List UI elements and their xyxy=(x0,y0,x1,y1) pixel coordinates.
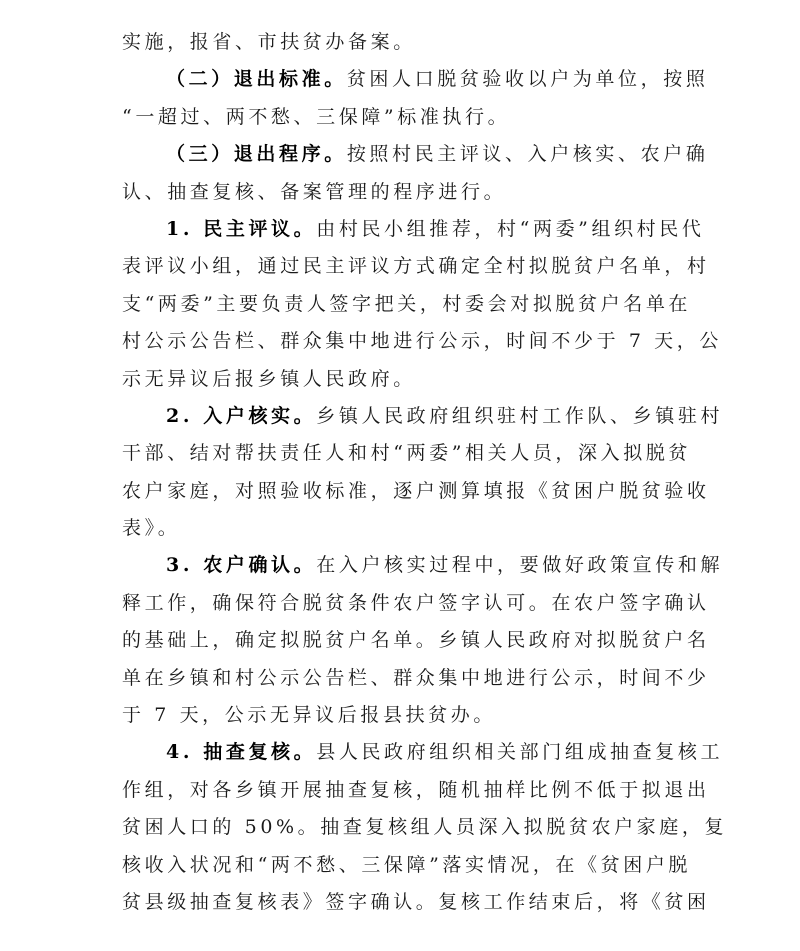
body-text: 表评议小组，通过民主评议方式确定全村拟脱贫户名单，村 xyxy=(122,255,710,277)
body-text: 乡镇人民政府组织驻村工作队、乡镇驻村 xyxy=(316,405,723,427)
body-text: 贫困人口脱贫验收以户为单位，按照 xyxy=(347,68,709,90)
text-line: 核收入状况和“两不愁、三保障”落实情况，在《贫困户脱 xyxy=(122,847,678,884)
body-text: 按照村民主评议、入户核实、农户确 xyxy=(347,143,709,165)
text-line: 3. 农户确认。在入户核实过程中，要做好政策宣传和解 xyxy=(122,547,678,584)
body-text: 农户家庭，对照验收标准，逐户测算填报《贫困户脱贫验收 xyxy=(122,480,710,502)
document-page: 实施，报省、市扶贫办备案。 （二）退出标准。贫困人口脱贫验收以户为单位，按照 “… xyxy=(122,24,678,921)
body-text: 认、抽查复核、备案管理的程序进行。 xyxy=(122,181,506,203)
body-text: 于 7 天，公示无异议后报县扶贫办。 xyxy=(122,704,496,726)
text-line: （二）退出标准。贫困人口脱贫验收以户为单位，按照 xyxy=(122,61,678,98)
body-text: 支“两委”主要负责人签字把关，村委会对拟脱贫户名单在 xyxy=(122,293,691,315)
text-line: 实施，报省、市扶贫办备案。 xyxy=(122,24,678,61)
body-text: 作组，对各乡镇开展抽查复核，随机抽样比例不低于拟退出 xyxy=(122,779,710,801)
body-text: 核收入状况和“两不愁、三保障”落实情况，在《贫困户脱 xyxy=(122,854,691,876)
text-line: 1. 民主评议。由村民小组推荐，村“两委”组织村民代 xyxy=(122,211,678,248)
text-line: 示无异议后报乡镇人民政府。 xyxy=(122,361,678,398)
text-line: 表》。 xyxy=(122,510,678,547)
body-text: 释工作，确保符合脱贫条件农户签字认可。在农户签字确认 xyxy=(122,592,710,614)
body-text: 村公示公告栏、群众集中地进行公示，时间不少于 7 天，公 xyxy=(122,330,722,352)
text-line: 2. 入户核实。乡镇人民政府组织驻村工作队、乡镇驻村 xyxy=(122,398,678,435)
section-heading: （二）退出标准。 xyxy=(166,68,347,90)
section-heading: 4. 抽查复核。 xyxy=(166,741,316,763)
text-line: 单在乡镇和村公示公告栏、群众集中地进行公示，时间不少 xyxy=(122,660,678,697)
body-text: 示无异议后报乡镇人民政府。 xyxy=(122,368,416,390)
text-line: 作组，对各乡镇开展抽查复核，随机抽样比例不低于拟退出 xyxy=(122,772,678,809)
section-heading: 3. 农户确认。 xyxy=(166,554,316,576)
body-text: 贫困人口的 50%。抽查复核组人员深入拟脱贫农户家庭，复 xyxy=(122,816,727,838)
text-line: 表评议小组，通过民主评议方式确定全村拟脱贫户名单，村 xyxy=(122,248,678,285)
text-line: 的基础上，确定拟脱贫户名单。乡镇人民政府对拟脱贫户名 xyxy=(122,622,678,659)
body-text: 在入户核实过程中，要做好政策宣传和解 xyxy=(316,554,723,576)
body-text: 由村民小组推荐，村“两委”组织村民代 xyxy=(316,218,704,240)
text-line: 释工作，确保符合脱贫条件农户签字认可。在农户签字确认 xyxy=(122,585,678,622)
text-line: 支“两委”主要负责人签字把关，村委会对拟脱贫户名单在 xyxy=(122,286,678,323)
section-heading: 1. 民主评议。 xyxy=(166,218,316,240)
body-text: 实施，报省、市扶贫办备案。 xyxy=(122,31,416,53)
text-line: 4. 抽查复核。县人民政府组织相关部门组成抽查复核工 xyxy=(122,734,678,771)
body-text: 贫县级抽查复核表》签字确认。复核工作结束后，将《贫困 xyxy=(122,891,710,913)
text-line: 干部、结对帮扶责任人和村“两委”相关人员，深入拟脱贫 xyxy=(122,435,678,472)
text-line: 认、抽查复核、备案管理的程序进行。 xyxy=(122,174,678,211)
body-text: 的基础上，确定拟脱贫户名单。乡镇人民政府对拟脱贫户名 xyxy=(122,629,710,651)
section-heading: 2. 入户核实。 xyxy=(166,405,316,427)
text-line: （三）退出程序。按照村民主评议、入户核实、农户确 xyxy=(122,136,678,173)
text-line: 农户家庭，对照验收标准，逐户测算填报《贫困户脱贫验收 xyxy=(122,473,678,510)
body-text: 县人民政府组织相关部门组成抽查复核工 xyxy=(316,741,723,763)
text-line: 村公示公告栏、群众集中地进行公示，时间不少于 7 天，公 xyxy=(122,323,678,360)
body-text: 单在乡镇和村公示公告栏、群众集中地进行公示，时间不少 xyxy=(122,667,710,689)
text-line: “一超过、两不愁、三保障”标准执行。 xyxy=(122,99,678,136)
text-line: 于 7 天，公示无异议后报县扶贫办。 xyxy=(122,697,678,734)
body-text: 干部、结对帮扶责任人和村“两委”相关人员，深入拟脱贫 xyxy=(122,442,691,464)
body-text: 表》。 xyxy=(122,517,180,539)
section-heading: （三）退出程序。 xyxy=(166,143,347,165)
text-line: 贫困人口的 50%。抽查复核组人员深入拟脱贫农户家庭，复 xyxy=(122,809,678,846)
text-line: 贫县级抽查复核表》签字确认。复核工作结束后，将《贫困 xyxy=(122,884,678,921)
body-text: “一超过、两不愁、三保障”标准执行。 xyxy=(122,106,510,128)
